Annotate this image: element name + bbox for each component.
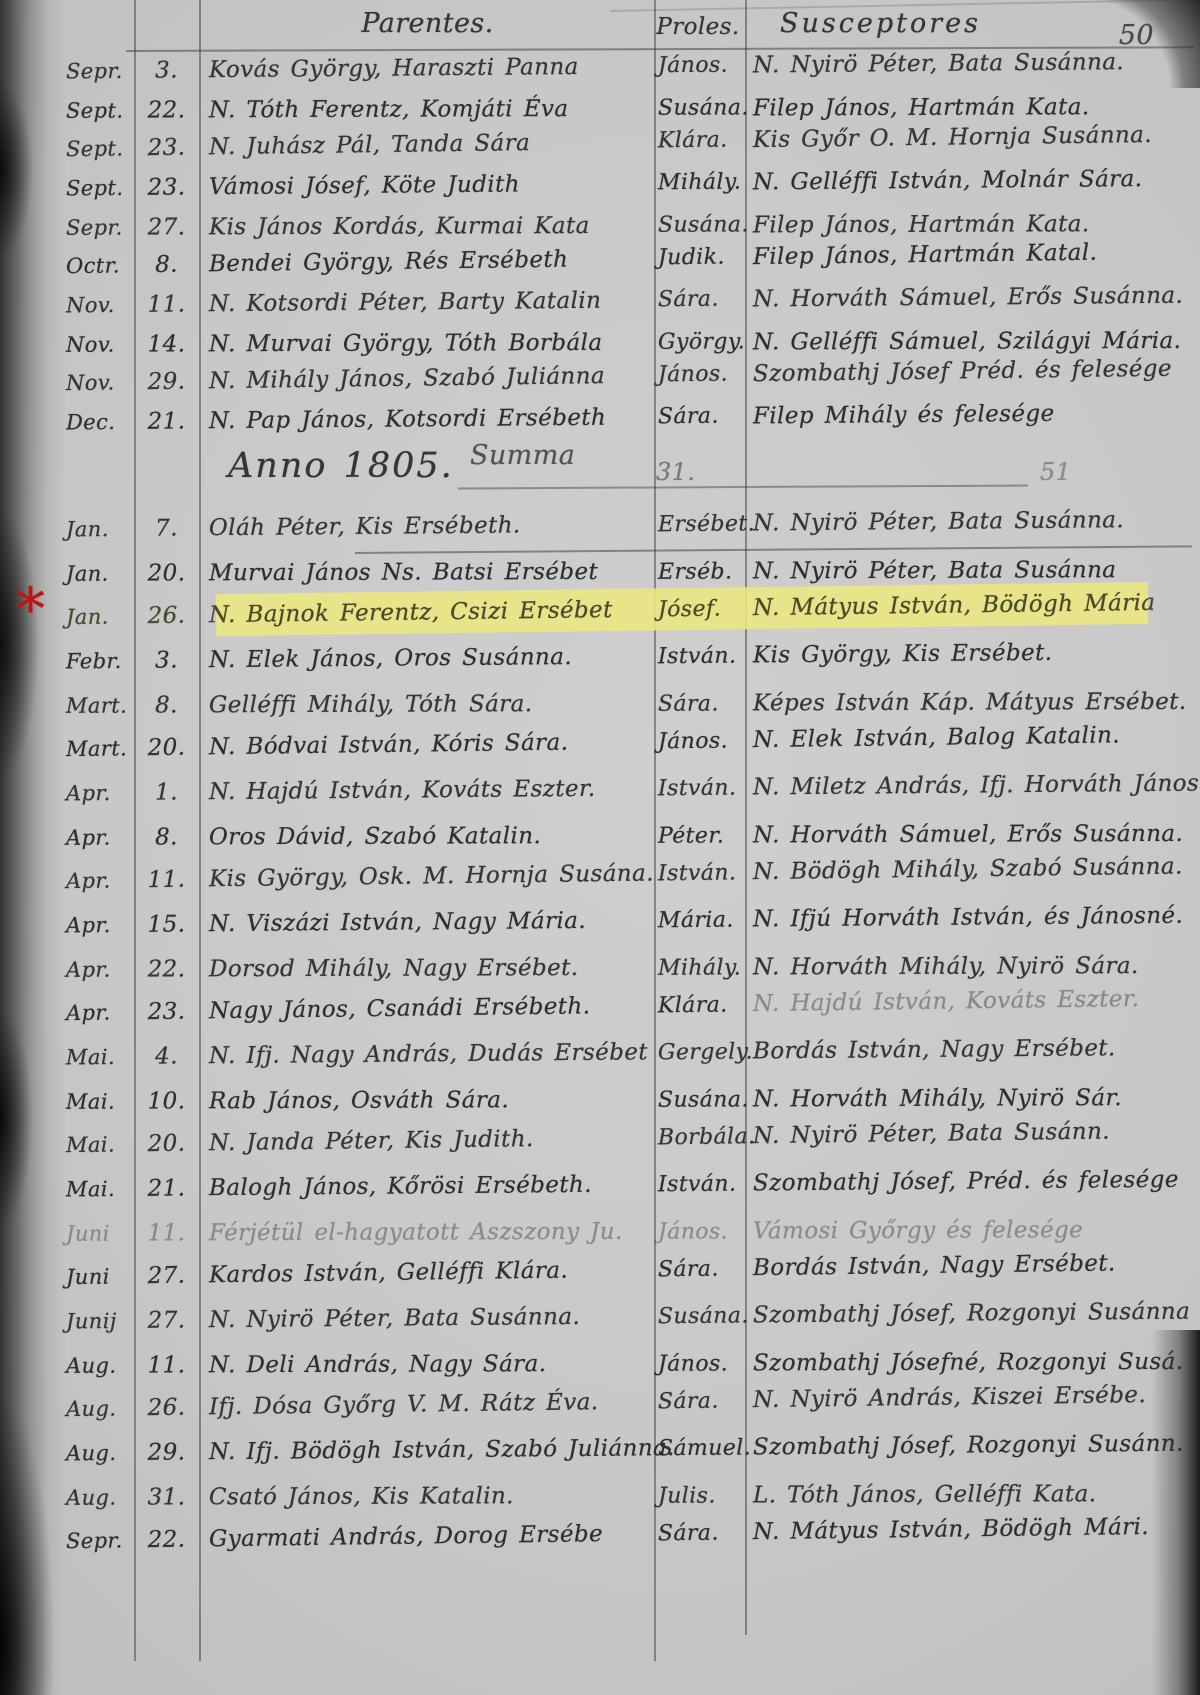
month-label: Mart. — [62, 736, 134, 761]
summa-label: Summa — [470, 440, 575, 471]
day-number: 8. — [134, 251, 199, 278]
month-label: Mart. — [62, 694, 134, 718]
register-row: Junij 27. N. Nyirö Péter, Bata Susánna. … — [0, 1290, 1200, 1344]
month-label: Nov. — [62, 332, 134, 356]
parents-entry: Gyarmati András, Dorog Ersébe — [199, 1520, 654, 1552]
binding-spacer — [0, 661, 62, 662]
binding-spacer — [0, 617, 62, 618]
child-name: Susána. — [654, 212, 745, 237]
child-name: Susána. — [654, 1087, 745, 1112]
binding-spacer — [0, 1189, 62, 1190]
month-label: Apr. — [62, 868, 134, 893]
day-number: 21. — [134, 1175, 199, 1202]
godparents-entry: Kis György, Kis Ersébet. — [745, 639, 1200, 669]
day-number: 4. — [134, 1043, 199, 1070]
day-number: 26. — [134, 602, 199, 629]
day-number: 31. — [134, 1484, 199, 1510]
parents-entry: Rab János, Osváth Sára. — [199, 1087, 654, 1115]
child-name: Klára. — [654, 992, 745, 1018]
binding-spacer — [0, 71, 62, 72]
parents-entry: Vámosi Jósef, Köte Judith — [199, 170, 654, 200]
day-number: 10. — [134, 1088, 199, 1114]
day-number: 21. — [134, 408, 199, 435]
month-label: Aug. — [62, 1354, 134, 1378]
register-row: Jan. 7. Oláh Péter, Kis Ersébeth. Ersébe… — [0, 498, 1200, 552]
binding-spacer — [0, 383, 62, 384]
summa-underline — [458, 485, 1028, 490]
parents-entry: Gelléffi Mihály, Tóth Sára. — [199, 691, 654, 719]
header-proles: Proles. — [648, 14, 748, 40]
godparents-entry: Szombathj Jósef, Préd. és felesége — [745, 1167, 1200, 1197]
day-number: 23. — [134, 134, 199, 161]
child-name: Erséb. — [654, 559, 745, 584]
parents-entry: N. Juhász Pál, Tanda Sára — [199, 128, 654, 160]
day-number: 22. — [134, 1526, 199, 1553]
child-name: Jósef. — [654, 596, 745, 622]
parents-entry: N. Bajnok Ferentz, Csizi Ersébet — [199, 596, 654, 628]
day-number: 29. — [134, 368, 199, 395]
month-label: Nov. — [62, 370, 134, 395]
child-name: János. — [654, 1351, 745, 1376]
godparents-entry: Filep János, Hartmán Katal. — [745, 238, 1200, 270]
godparents-entry: N. Ifjú Horváth István, és Jánosné. — [745, 903, 1200, 933]
binding-spacer — [0, 1541, 62, 1542]
godparents-entry: N. Nyirö András, Kiszei Ersébe. — [745, 1381, 1200, 1413]
month-label: Jan. — [62, 562, 134, 586]
day-number: 27. — [134, 1307, 199, 1334]
godparents-entry: N. Nyirö Péter, Bata Susánna. — [745, 48, 1200, 78]
month-label: Mai. — [62, 1090, 134, 1114]
godparents-entry: Bordás István, Nagy Ersébet. — [745, 1035, 1200, 1065]
month-label: Sept. — [62, 136, 134, 161]
month-label: Sepr. — [62, 1528, 134, 1553]
binding-spacer — [0, 749, 62, 750]
child-name: Sára. — [654, 1388, 745, 1414]
child-name: István. — [654, 860, 745, 886]
child-name: Sára. — [654, 691, 745, 716]
child-name: János. — [654, 52, 745, 78]
godparents-entry: Bordás István, Nagy Ersébet. — [745, 1249, 1200, 1281]
month-label: Apr. — [62, 826, 134, 850]
day-number: 20. — [134, 1130, 199, 1157]
child-name: Sára. — [654, 1256, 745, 1282]
parents-entry: N. Pap János, Kotsordi Ersébeth — [199, 404, 654, 434]
register-rows-1804: Sepr. 3. Kovás György, Haraszti Panna Já… — [0, 52, 1200, 442]
register-row: Aug. 29. N. Ifj. Bödögh István, Szabó Ju… — [0, 1422, 1200, 1476]
day-number: 3. — [134, 57, 199, 84]
binding-spacer — [0, 925, 62, 926]
child-name: Borbála. — [654, 1124, 745, 1150]
register-page-scan: * Parentes. Proles. Susceptores 50 Sepr.… — [0, 0, 1200, 1695]
parents-entry: N. Ifj. Bödögh István, Szabó Juliánna. — [199, 1435, 654, 1465]
month-label: Aug. — [62, 1396, 134, 1421]
child-name: János. — [654, 728, 745, 754]
day-number: 27. — [134, 1262, 199, 1289]
summa-value: 31. — [656, 458, 695, 486]
day-number: 23. — [134, 174, 199, 201]
parents-entry: N. Viszázi István, Nagy Mária. — [199, 907, 654, 937]
register-row: Apr. 15. N. Viszázi István, Nagy Mária. … — [0, 894, 1200, 948]
child-name: Mihály. — [654, 955, 745, 980]
binding-spacer — [0, 793, 62, 794]
child-name: Susána. — [654, 1303, 745, 1329]
binding-spacer — [0, 1013, 62, 1014]
child-name: Mária. — [654, 907, 745, 933]
godparents-entry: N. Gelléffi István, Molnár Sára. — [745, 165, 1200, 195]
month-label: Dec. — [62, 409, 134, 434]
binding-spacer — [0, 266, 62, 267]
parents-entry: Bendei György, Rés Ersébeth — [199, 245, 654, 277]
godparents-entry: Kis Győr O. M. Hornja Susánna. — [745, 121, 1200, 153]
day-number: 20. — [134, 560, 199, 586]
binding-spacer — [0, 188, 62, 189]
child-name: Julis. — [654, 1483, 745, 1508]
child-name: János. — [654, 1219, 745, 1244]
month-label: Aug. — [62, 1486, 134, 1510]
day-number: 27. — [134, 214, 199, 240]
child-name: Sára. — [654, 286, 745, 312]
child-name: Sára. — [654, 1520, 745, 1546]
parents-entry: N. Kotsordi Péter, Barty Katalin — [199, 287, 654, 317]
child-name: Gergely. — [654, 1039, 745, 1065]
child-name: István. — [654, 1171, 745, 1197]
day-number: 3. — [134, 647, 199, 674]
day-number: 11. — [134, 866, 199, 893]
register-row: Mai. 4. N. Ifj. Nagy András, Dudás Erséb… — [0, 1026, 1200, 1080]
month-label: Sepr. — [62, 215, 134, 239]
day-number: 20. — [134, 734, 199, 761]
day-number: 14. — [134, 331, 199, 357]
godparents-entry: N. Bödögh Mihály, Szabó Susánna. — [745, 853, 1200, 885]
parents-entry: Dorsod Mihály, Nagy Ersébet. — [199, 955, 654, 983]
binding-spacer — [0, 1145, 62, 1146]
month-label: Octr. — [62, 253, 134, 278]
parents-entry: N. Elek János, Oros Susánna. — [199, 643, 654, 673]
child-name: György. — [654, 329, 745, 354]
register-row: Mai. 21. Balogh János, Kőrösi Ersébeth. … — [0, 1158, 1200, 1212]
godparents-entry: Szombathj Jósef Préd. és felesége — [745, 355, 1200, 387]
binding-spacer — [0, 881, 62, 882]
month-label: Junij — [62, 1309, 134, 1334]
summa-extra-value: 51 — [1040, 458, 1071, 486]
parents-entry: N. Ifj. Nagy András, Dudás Ersébet — [199, 1039, 654, 1069]
parents-entry: N. Murvai György, Tóth Borbála — [199, 329, 654, 357]
parents-entry: Oros Dávid, Szabó Katalin. — [199, 823, 654, 851]
day-number: 11. — [134, 1220, 199, 1246]
parents-entry: Balogh János, Kőrösi Ersébeth. — [199, 1171, 654, 1201]
day-number: 26. — [134, 1394, 199, 1421]
godparents-entry: N. Mátyus István, Bödögh Mári. — [745, 1513, 1200, 1545]
godparents-entry: Filep Mihály és felesége — [745, 399, 1200, 429]
parents-entry: Férjétül el-hagyatott Aszszony Ju. — [199, 1219, 654, 1247]
month-label: Apr. — [62, 781, 134, 806]
register-row: Apr. 1. N. Hajdú István, Kováts Eszter. … — [0, 762, 1200, 816]
child-name: János. — [654, 361, 745, 387]
child-name: Sára. — [654, 403, 745, 429]
month-label: Sept. — [62, 98, 134, 122]
child-name: Judik. — [654, 244, 745, 270]
month-label: Juni — [62, 1222, 134, 1246]
parents-entry: Ifj. Dósa Győrg V. M. Rátz Éva. — [199, 1388, 654, 1420]
binding-spacer — [0, 422, 62, 423]
month-label: Apr. — [62, 913, 134, 938]
parents-entry: N. Deli András, Nagy Sára. — [199, 1351, 654, 1379]
day-number: 29. — [134, 1439, 199, 1466]
month-label: Mai. — [62, 1132, 134, 1157]
binding-spacer — [0, 1057, 62, 1058]
header-parentes: Parentes. — [200, 8, 655, 39]
day-number: 11. — [134, 1352, 199, 1378]
month-label: Mai. — [62, 1177, 134, 1202]
day-number: 8. — [134, 824, 199, 850]
anno-heading: Anno 1805. — [228, 446, 454, 486]
month-label: Apr. — [62, 1000, 134, 1025]
register-rows-1805: Jan. 7. Oláh Péter, Kis Ersébeth. Ersébe… — [0, 508, 1200, 1564]
child-name: Péter. — [654, 823, 745, 848]
month-label: Nov. — [62, 292, 134, 317]
binding-spacer — [0, 1277, 62, 1278]
day-number: 7. — [134, 515, 199, 542]
godparents-entry: N. Miletz András, Ifj. Horváth Jánosné — [745, 770, 1200, 800]
godparents-entry: Szombathj Jósef, Rozgonyi Susánna — [745, 1299, 1200, 1329]
binding-spacer — [0, 529, 62, 530]
month-label: Aug. — [62, 1441, 134, 1466]
binding-spacer — [0, 305, 62, 306]
binding-spacer — [0, 1453, 62, 1454]
day-number: 23. — [134, 998, 199, 1025]
child-name: Sámuel. — [654, 1435, 745, 1461]
parents-entry: Murvai János Ns. Batsi Ersébet — [199, 559, 654, 587]
child-name: Ersébet. — [654, 511, 745, 537]
day-number: 11. — [134, 291, 199, 318]
month-label: Juni — [62, 1264, 134, 1289]
month-label: Mai. — [62, 1045, 134, 1070]
parents-entry: Kis György, Osk. M. Hornja Susána. — [199, 860, 654, 892]
day-number: 1. — [134, 779, 199, 806]
child-name: Susána. — [654, 95, 745, 120]
month-label: Apr. — [62, 958, 134, 982]
parents-entry: N. Janda Péter, Kis Judith. — [199, 1124, 654, 1156]
day-number: 22. — [134, 97, 199, 123]
godparents-entry: N. Hajdú István, Kováts Eszter. — [745, 985, 1200, 1017]
child-name: Mihály. — [654, 169, 745, 195]
parents-entry: Kardos István, Gelléffi Klára. — [199, 1256, 654, 1288]
parents-entry: N. Nyirö Péter, Bata Susánna. — [199, 1303, 654, 1333]
register-row: Febr. 3. N. Elek János, Oros Susánna. Is… — [0, 630, 1200, 684]
parents-entry: Nagy János, Csanádi Ersébeth. — [199, 992, 654, 1024]
godparents-entry: N. Mátyus István, Bödögh Mária — [745, 589, 1200, 621]
parents-entry: N. Mihály János, Szabó Juliánna — [199, 362, 654, 394]
godparents-entry: N. Elek István, Balog Katalin. — [745, 721, 1200, 753]
parents-entry: Kovás György, Haraszti Panna — [199, 53, 654, 83]
day-number: 15. — [134, 911, 199, 938]
month-label: Sept. — [62, 175, 134, 200]
month-label: Sepr. — [62, 58, 134, 83]
binding-spacer — [0, 149, 62, 150]
godparents-entry: Szombathj Jósef, Rozgonyi Susánn. — [745, 1431, 1200, 1461]
binding-spacer — [0, 1321, 62, 1322]
binding-spacer — [0, 1409, 62, 1410]
month-label: Jan. — [62, 517, 134, 542]
day-number: 22. — [134, 956, 199, 982]
godparents-entry: N. Nyirö Péter, Bata Susánna. — [745, 507, 1200, 537]
month-label: Febr. — [62, 649, 134, 674]
parents-entry: Csató János, Kis Katalin. — [199, 1483, 654, 1511]
child-name: István. — [654, 643, 745, 669]
parents-entry: Oláh Péter, Kis Ersébeth. — [199, 511, 654, 541]
header-susceptores: Susceptores — [780, 8, 981, 39]
parents-entry: N. Hajdú István, Kováts Eszter. — [199, 775, 654, 805]
month-label: Jan. — [62, 604, 134, 629]
parents-entry: Kis János Kordás, Kurmai Kata — [199, 212, 654, 240]
godparents-entry: N. Horváth Sámuel, Erős Susánna. — [745, 282, 1200, 312]
child-name: Klára. — [654, 127, 745, 153]
godparents-entry: N. Nyirö Péter, Bata Susánn. — [745, 1117, 1200, 1149]
child-name: István. — [654, 775, 745, 801]
parents-entry: N. Tóth Ferentz, Komjáti Éva — [199, 95, 654, 123]
day-number: 8. — [134, 692, 199, 718]
parents-entry: N. Bódvai István, Kóris Sára. — [199, 728, 654, 760]
